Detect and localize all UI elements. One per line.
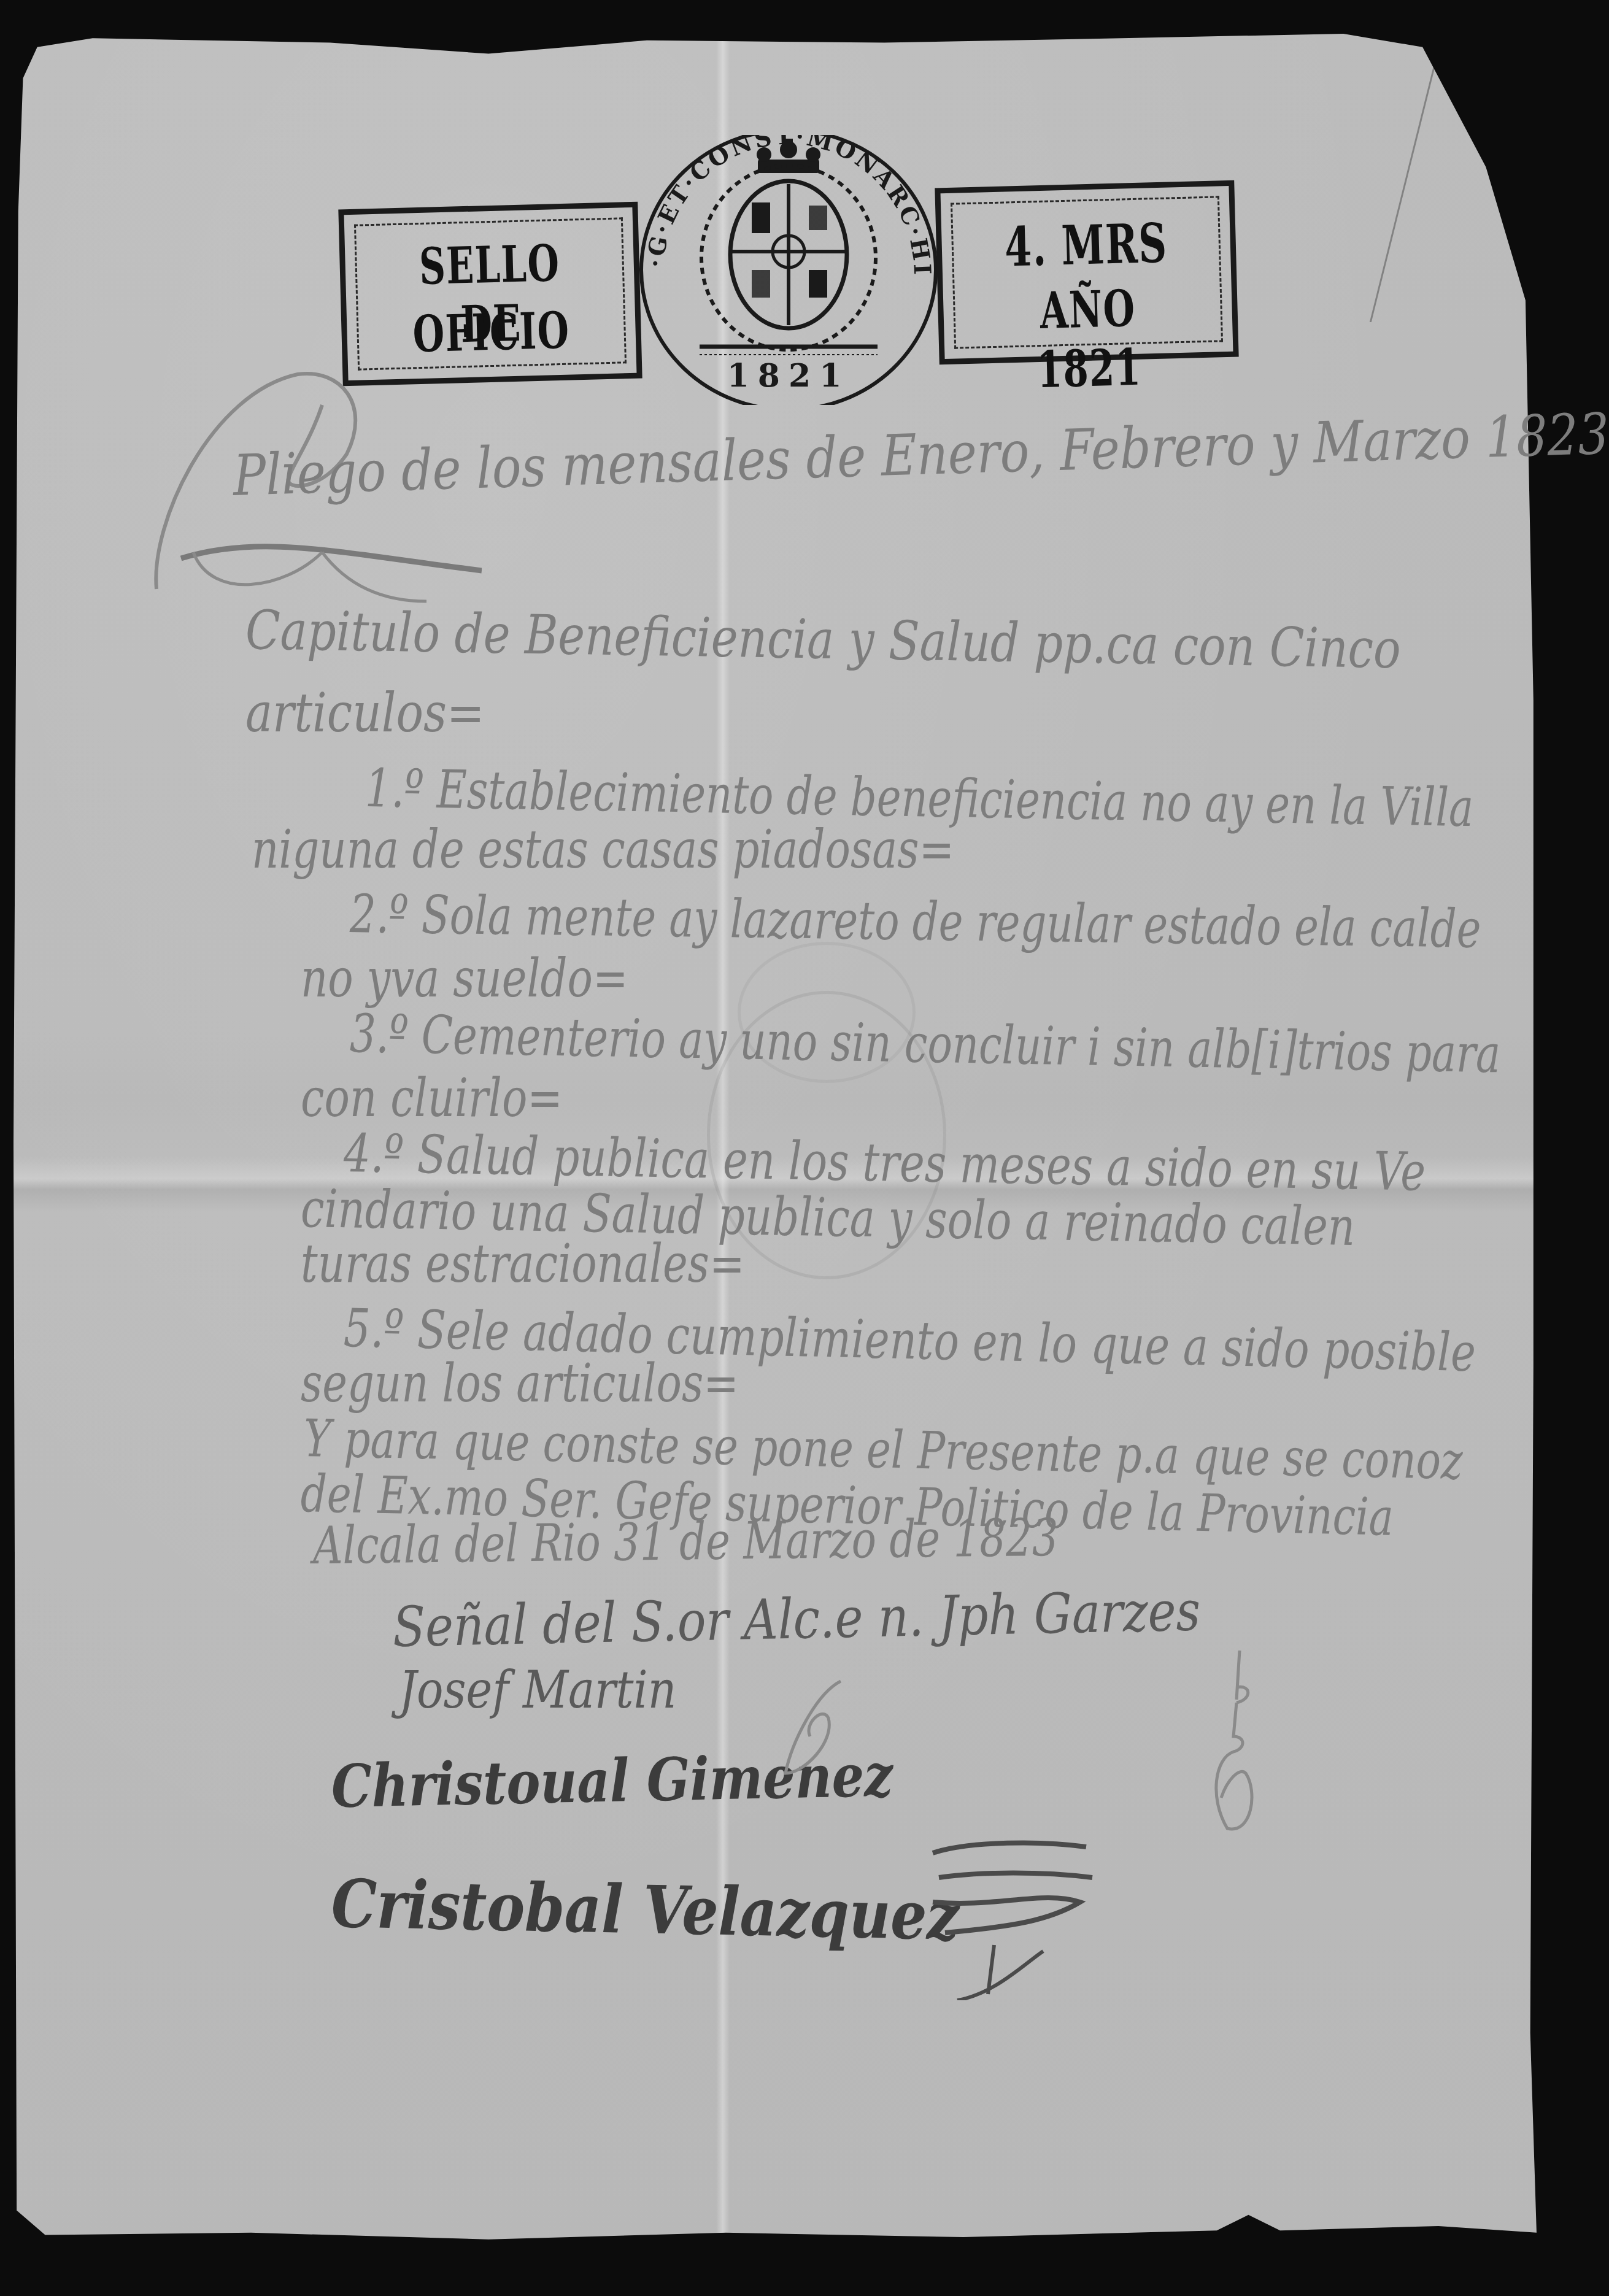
manuscript-line: no yva sueldo=	[301, 948, 628, 1009]
coat-of-arms-icon: FERD·VII·D·G·ET·CONST·MONARC·HISPAN·REX·	[626, 135, 951, 405]
manuscript-line: turas estracionales=	[301, 1233, 745, 1295]
rubric-martin-icon	[767, 1669, 853, 1786]
signature-cristobal-velazquez: Cristobal Velazquez	[331, 1865, 960, 1955]
rubric-velazquez-icon	[920, 1816, 1105, 2000]
official-stamp: SELLO DE OFICIO FERD·VII·D·G·ET·CONST·MO…	[341, 135, 1237, 405]
manuscript-line: Alcala del Rio 31 de Marzo de 1823	[313, 1508, 1059, 1576]
royal-seal: FERD·VII·D·G·ET·CONST·MONARC·HISPAN·REX·	[626, 135, 951, 405]
manuscript-line: niguna de estas casas piadosas=	[252, 819, 954, 880]
manuscript-line: segun los articulos=	[301, 1353, 739, 1414]
svg-text:FERD·VII·D·G·ET·CONST·MONARC·H: FERD·VII·D·G·ET·CONST·MONARC·HISPAN·REX·	[626, 135, 936, 277]
manuscript-line: articulos=	[245, 681, 485, 744]
stamp-label-line2: OFICIO	[387, 301, 596, 365]
stamp-box-value-year: 4. MRS AÑO 1821	[935, 180, 1238, 365]
stamp-year: AÑO 1821	[983, 278, 1194, 401]
manuscript-line: con cluirlo=	[301, 1068, 563, 1129]
svg-text:1821: 1821	[727, 357, 851, 395]
signature-josef-martin: Josef Martin	[399, 1660, 676, 1720]
rubric-garzes-icon	[1203, 1651, 1270, 1835]
stamp-value: 4. MRS	[981, 210, 1190, 280]
dog-ear-crease	[1370, 34, 1535, 322]
stamp-box-sello-de-oficio: SELLO DE OFICIO	[338, 202, 642, 387]
